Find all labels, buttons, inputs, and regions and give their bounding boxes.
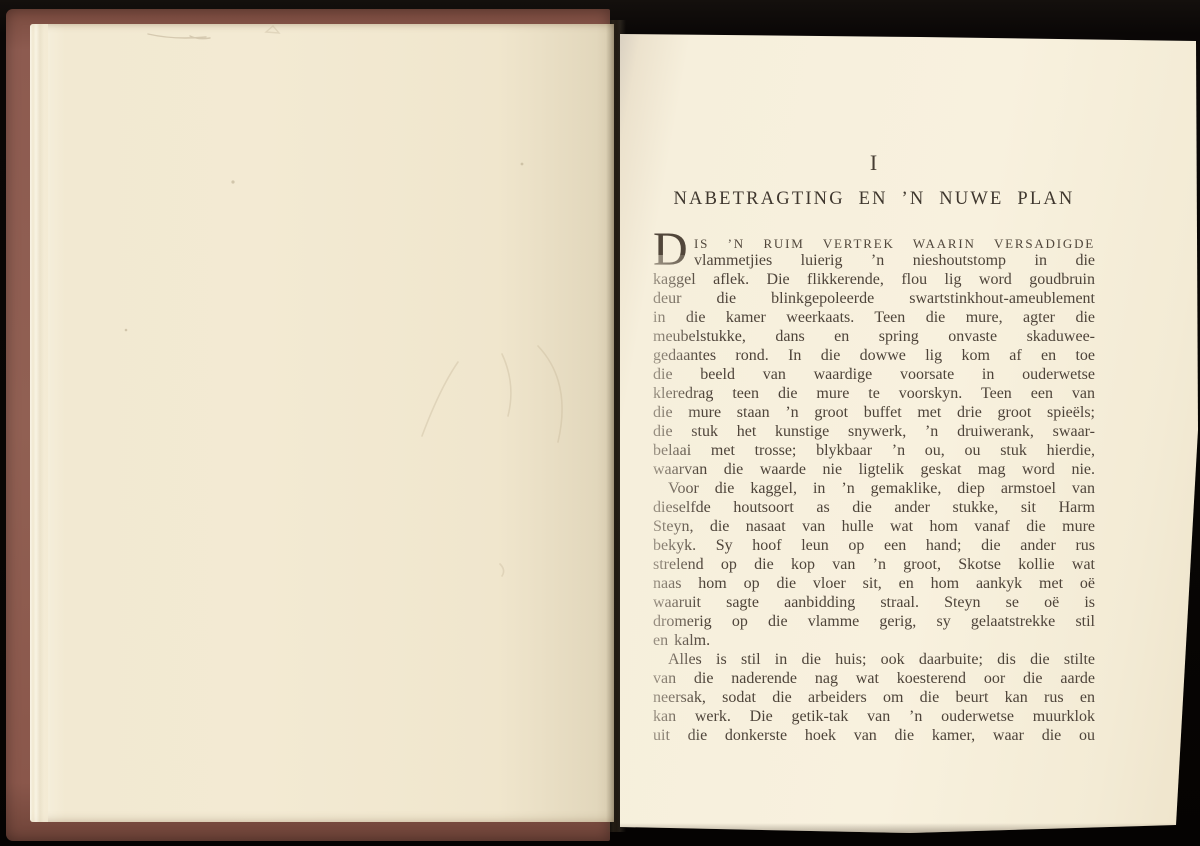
text-line: die beeld van waardige voorsate in ouder… bbox=[653, 365, 1095, 384]
drop-cap-letter: D bbox=[653, 232, 694, 269]
text-line: vlammetjies luierig ’n nieshoutstomp in … bbox=[653, 251, 1095, 270]
text-line: uit die donkerste hoek van die kamer, wa… bbox=[653, 726, 1095, 745]
text-line: waaruit sagte aanbidding straal. Steyn s… bbox=[653, 593, 1095, 612]
text-line: en kalm. bbox=[653, 631, 1095, 650]
text-line: die mure staan ’n groot buffet met drie … bbox=[653, 403, 1095, 422]
text-line: bekyk. Sy hoof leun op een hand; die and… bbox=[653, 536, 1095, 555]
right-page-content: I NABETRAGTING EN ’N NUWE PLAN D IS ’N R… bbox=[653, 30, 1095, 745]
chapter-title: NABETRAGTING EN ’N NUWE PLAN bbox=[653, 189, 1095, 210]
right-page: I NABETRAGTING EN ’N NUWE PLAN D IS ’N R… bbox=[620, 30, 1198, 833]
text-line: in die kamer weerkaats. Teen die mure, a… bbox=[653, 308, 1095, 327]
text-line: van die naderende nag wat koesterend oor… bbox=[653, 669, 1095, 688]
chapter-number: I bbox=[653, 150, 1095, 176]
text-line: gedaantes rond. In die dowwe lig kom af … bbox=[653, 346, 1095, 365]
text-line: dieselfde houtsoort as die ander stukke,… bbox=[653, 498, 1095, 517]
text-line: kan werk. Die getik-tak van ’n ouderwets… bbox=[653, 707, 1095, 726]
text-line: Steyn, die nasaat van hulle wat hom vana… bbox=[653, 517, 1095, 536]
text-line: Voor die kaggel, in ’n gemaklike, diep a… bbox=[653, 479, 1095, 498]
pencil-smudges bbox=[30, 24, 614, 822]
text-line: dromerig op die vlamme gerig, sy gelaats… bbox=[653, 612, 1095, 631]
text-line: kleredrag teen die mure te voorskyn. Tee… bbox=[653, 384, 1095, 403]
text-line: strelend op die kop van ’n groot, Skotse… bbox=[653, 555, 1095, 574]
text-line: kaggel aflek. Die flikkerende, flou lig … bbox=[653, 270, 1095, 289]
text-line: IS ’N RUIM VERTREK WAARIN VERSADIGDE bbox=[653, 232, 1095, 251]
text-line: Alles is stil in die huis; ook daarbuite… bbox=[653, 650, 1095, 669]
text-line: waarvan die waarde nie ligtelik geskat m… bbox=[653, 460, 1095, 479]
text-line: die stuk het kunstige snywerk, ’n druiwe… bbox=[653, 422, 1095, 441]
book-photo-background: I NABETRAGTING EN ’N NUWE PLAN D IS ’N R… bbox=[0, 0, 1200, 846]
left-page-blank bbox=[30, 24, 614, 822]
text-line: deur die blinkgepoleerde swartstinkhout-… bbox=[653, 289, 1095, 308]
body-text: D IS ’N RUIM VERTREK WAARIN VERSADIGDEvl… bbox=[653, 232, 1095, 745]
text-line: neersak, sodat die arbeiders om die beur… bbox=[653, 688, 1095, 707]
text-line: naas hom op die vloer sit, en hom aankyk… bbox=[653, 574, 1095, 593]
text-line: belaai met trosse; blykbaar ’n ou, ou st… bbox=[653, 441, 1095, 460]
text-line: meubelstukke, dans en spring onvaste ska… bbox=[653, 327, 1095, 346]
